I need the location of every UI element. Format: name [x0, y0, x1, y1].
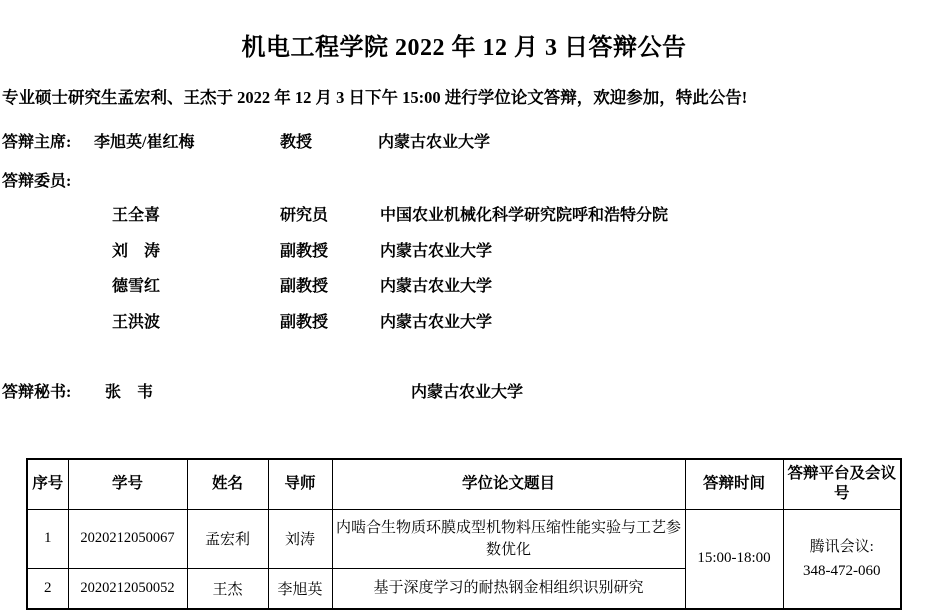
member-role: 研究员	[280, 202, 328, 225]
cell-thesis-title: 内啮合生物质环膜成型机物料压缩性能实验与工艺参数优化	[332, 509, 685, 568]
secretary-label: 答辩秘书:	[2, 379, 71, 402]
header-advisor: 导师	[268, 459, 332, 509]
platform-name: 腾讯会议:	[787, 535, 898, 559]
committee-member-line: 德雪红 副教授 内蒙古农业大学	[0, 273, 928, 293]
chair-organization: 内蒙古农业大学	[378, 129, 490, 152]
secretary-name: 张 韦	[105, 379, 153, 402]
header-thesis-title: 学位论文题目	[332, 459, 685, 509]
cell-index: 2	[27, 568, 68, 609]
defense-chair-line: 答辩主席: 李旭英/崔红梅 教授 内蒙古农业大学	[0, 129, 928, 149]
table-header-row: 序号 学号 姓名 导师 学位论文题目 答辩时间 答辩平台及会议号	[27, 459, 901, 509]
chair-name: 李旭英/崔红梅	[94, 129, 194, 152]
member-name: 刘 涛	[112, 238, 160, 261]
cell-advisor: 刘涛	[268, 509, 332, 568]
cell-name: 王杰	[187, 568, 268, 609]
chair-role: 教授	[280, 129, 312, 152]
member-organization: 内蒙古农业大学	[380, 238, 492, 261]
header-index: 序号	[27, 459, 68, 509]
member-name: 王洪波	[112, 309, 160, 332]
committee-label-line: 答辩委员:	[0, 168, 928, 188]
page-title: 机电工程学院 2022 年 12 月 3 日答辩公告	[0, 27, 928, 62]
cell-student-id: 2020212050052	[68, 568, 187, 609]
committee-label: 答辩委员:	[2, 168, 71, 191]
header-defense-time: 答辩时间	[685, 459, 783, 509]
header-student-id: 学号	[68, 459, 187, 509]
cell-advisor: 李旭英	[268, 568, 332, 609]
secretary-organization: 内蒙古农业大学	[411, 379, 523, 402]
committee-member-line: 王全喜 研究员 中国农业机械化科学研究院呼和浩特分院	[0, 202, 928, 222]
cell-name: 孟宏利	[187, 509, 268, 568]
defense-schedule-table: 序号 学号 姓名 导师 学位论文题目 答辩时间 答辩平台及会议号 1 20202…	[26, 458, 902, 610]
chair-label: 答辩主席:	[2, 129, 71, 152]
member-organization: 中国农业机械化科学研究院呼和浩特分院	[380, 202, 668, 225]
announcement-text: 专业硕士研究生孟宏利、王杰于 2022 年 12 月 3 日下午 15:00 进…	[2, 84, 922, 108]
member-role: 副教授	[280, 238, 328, 261]
member-name: 王全喜	[112, 202, 160, 225]
member-organization: 内蒙古农业大学	[380, 309, 492, 332]
defense-announcement-page: { "page": { "title": "机电工程学院 2022 年 12 月…	[0, 0, 928, 614]
table-row: 1 2020212050067 孟宏利 刘涛 内啮合生物质环膜成型机物料压缩性能…	[27, 509, 901, 568]
meeting-id: 348-472-060	[787, 559, 898, 583]
cell-index: 1	[27, 509, 68, 568]
member-role: 副教授	[280, 309, 328, 332]
header-platform: 答辩平台及会议号	[783, 459, 901, 509]
committee-member-line: 王洪波 副教授 内蒙古农业大学	[0, 309, 928, 329]
committee-member-line: 刘 涛 副教授 内蒙古农业大学	[0, 238, 928, 258]
cell-thesis-title: 基于深度学习的耐热钢金相组织识别研究	[332, 568, 685, 609]
defense-secretary-line: 答辩秘书: 张 韦 内蒙古农业大学	[0, 379, 928, 399]
member-organization: 内蒙古农业大学	[380, 273, 492, 296]
member-name: 德雪红	[112, 273, 160, 296]
header-name: 姓名	[187, 459, 268, 509]
cell-defense-time: 15:00-18:00	[685, 509, 783, 609]
cell-student-id: 2020212050067	[68, 509, 187, 568]
cell-platform: 腾讯会议: 348-472-060	[783, 509, 901, 609]
member-role: 副教授	[280, 273, 328, 296]
